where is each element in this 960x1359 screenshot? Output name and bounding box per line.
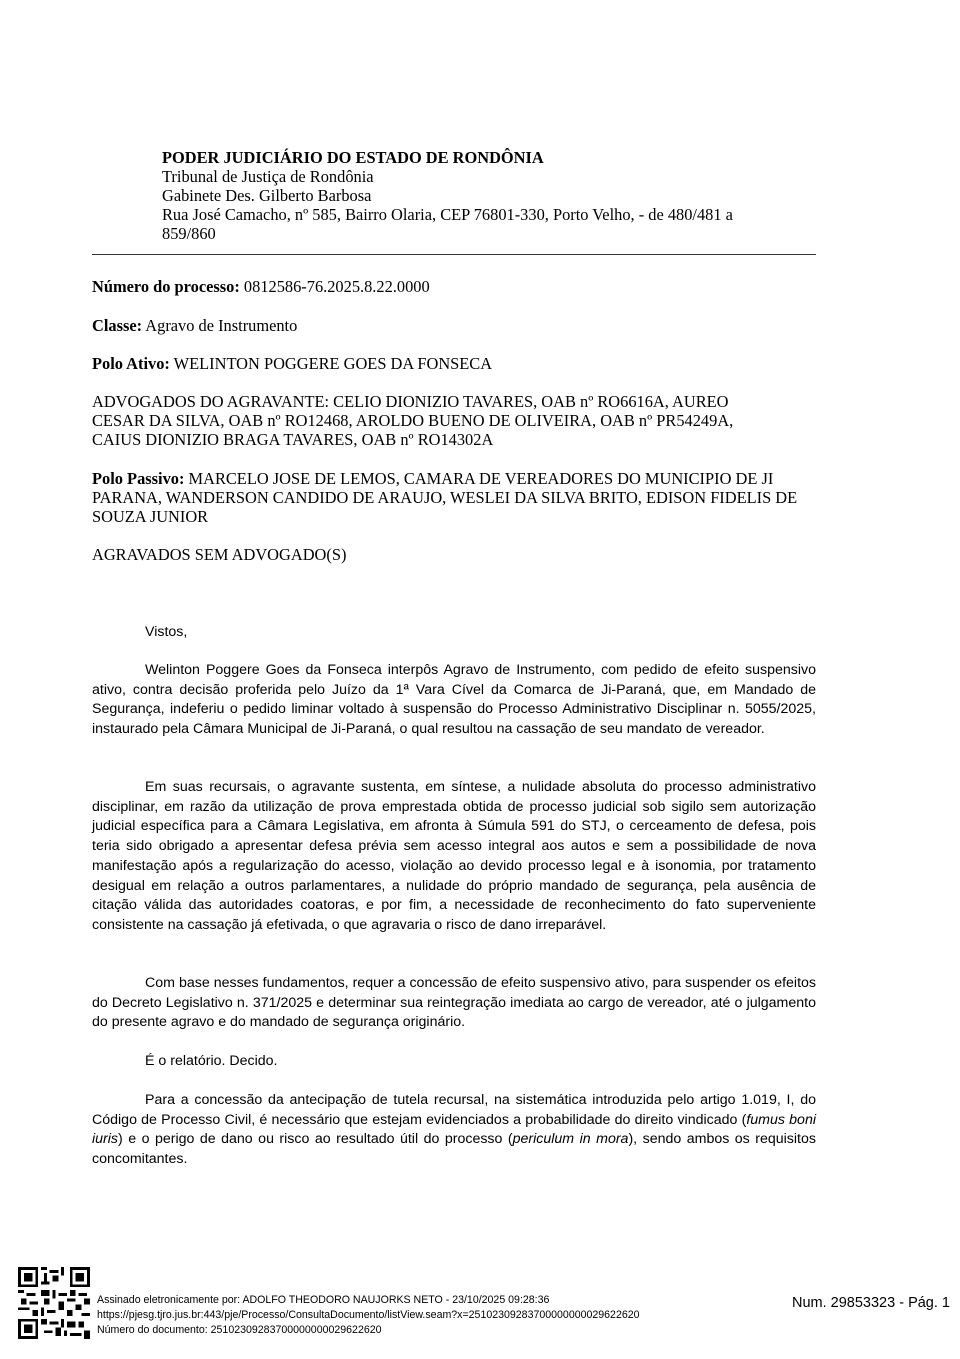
address-line-1: Rua José Camacho, nº 585, Bairro Olaria,…	[162, 205, 782, 224]
court-name: Tribunal de Justiça de Rondônia	[162, 167, 782, 186]
page-reference: Num. 29853323 - Pág. 1	[792, 1295, 950, 1311]
greeting: Vistos,	[92, 623, 816, 643]
address-line-2: 859/860	[162, 224, 782, 243]
active-party-value: WELINTON POGGERE GOES DA FONSECA	[174, 354, 492, 373]
case-class-label: Classe:	[92, 316, 142, 335]
process-number-value: 0812586-76.2025.8.22.0000	[244, 277, 430, 296]
office-name: Gabinete Des. Gilberto Barbosa	[162, 186, 782, 205]
paragraph-4: É o relatório. Decido.	[92, 1052, 816, 1072]
case-class-value: Agravo de Instrumento	[145, 316, 297, 335]
signature-block: Assinado eletronicamente por: ADOLFO THE…	[97, 1293, 640, 1338]
judiciary-title: PODER JUDICIÁRIO DO ESTADO DE RONDÔNIA	[162, 148, 782, 167]
paragraph-3: Com base nesses fundamentos, requer a co…	[92, 974, 816, 1033]
passive-party-label: Polo Passivo:	[92, 469, 184, 488]
header-divider	[92, 254, 816, 255]
latin-term-periculum: periculum in mora	[513, 1131, 629, 1147]
paragraph-2: Em suas recursais, o agravante sustenta,…	[92, 778, 816, 936]
paragraph-5-text-b: ) e o perigo de dano ou risco ao resulta…	[118, 1131, 513, 1147]
passive-party: Polo Passivo: MARCELO JOSE DE LEMOS, CAM…	[92, 469, 814, 526]
signed-by: Assinado eletronicamente por: ADOLFO THE…	[97, 1293, 640, 1308]
process-number-label: Número do processo:	[92, 277, 240, 296]
paragraph-5: Para a concessão da antecipação de tutel…	[92, 1091, 816, 1170]
case-class: Classe: Agravo de Instrumento	[92, 316, 816, 335]
paragraph-5-text-a: Para a concessão da antecipação de tutel…	[92, 1092, 816, 1128]
active-party: Polo Ativo: WELINTON POGGERE GOES DA FON…	[92, 354, 816, 373]
respondents-note: AGRAVADOS SEM ADVOGADO(S)	[92, 545, 816, 564]
document-header: PODER JUDICIÁRIO DO ESTADO DE RONDÔNIA T…	[162, 148, 782, 243]
qr-code-icon	[18, 1267, 90, 1339]
process-number: Número do processo: 0812586-76.2025.8.22…	[92, 277, 816, 296]
appellant-lawyers: ADVOGADOS DO AGRAVANTE: CELIO DIONIZIO T…	[92, 392, 772, 449]
paragraph-1: Welinton Poggere Goes da Fonseca interpô…	[92, 661, 816, 740]
passive-party-value: MARCELO JOSE DE LEMOS, CAMARA DE VEREADO…	[92, 469, 797, 526]
active-party-label: Polo Ativo:	[92, 354, 170, 373]
document-number: Número do documento: 2510230928370000000…	[97, 1323, 640, 1338]
verification-url[interactable]: https://pjesg.tjro.jus.br:443/pje/Proces…	[97, 1308, 640, 1323]
